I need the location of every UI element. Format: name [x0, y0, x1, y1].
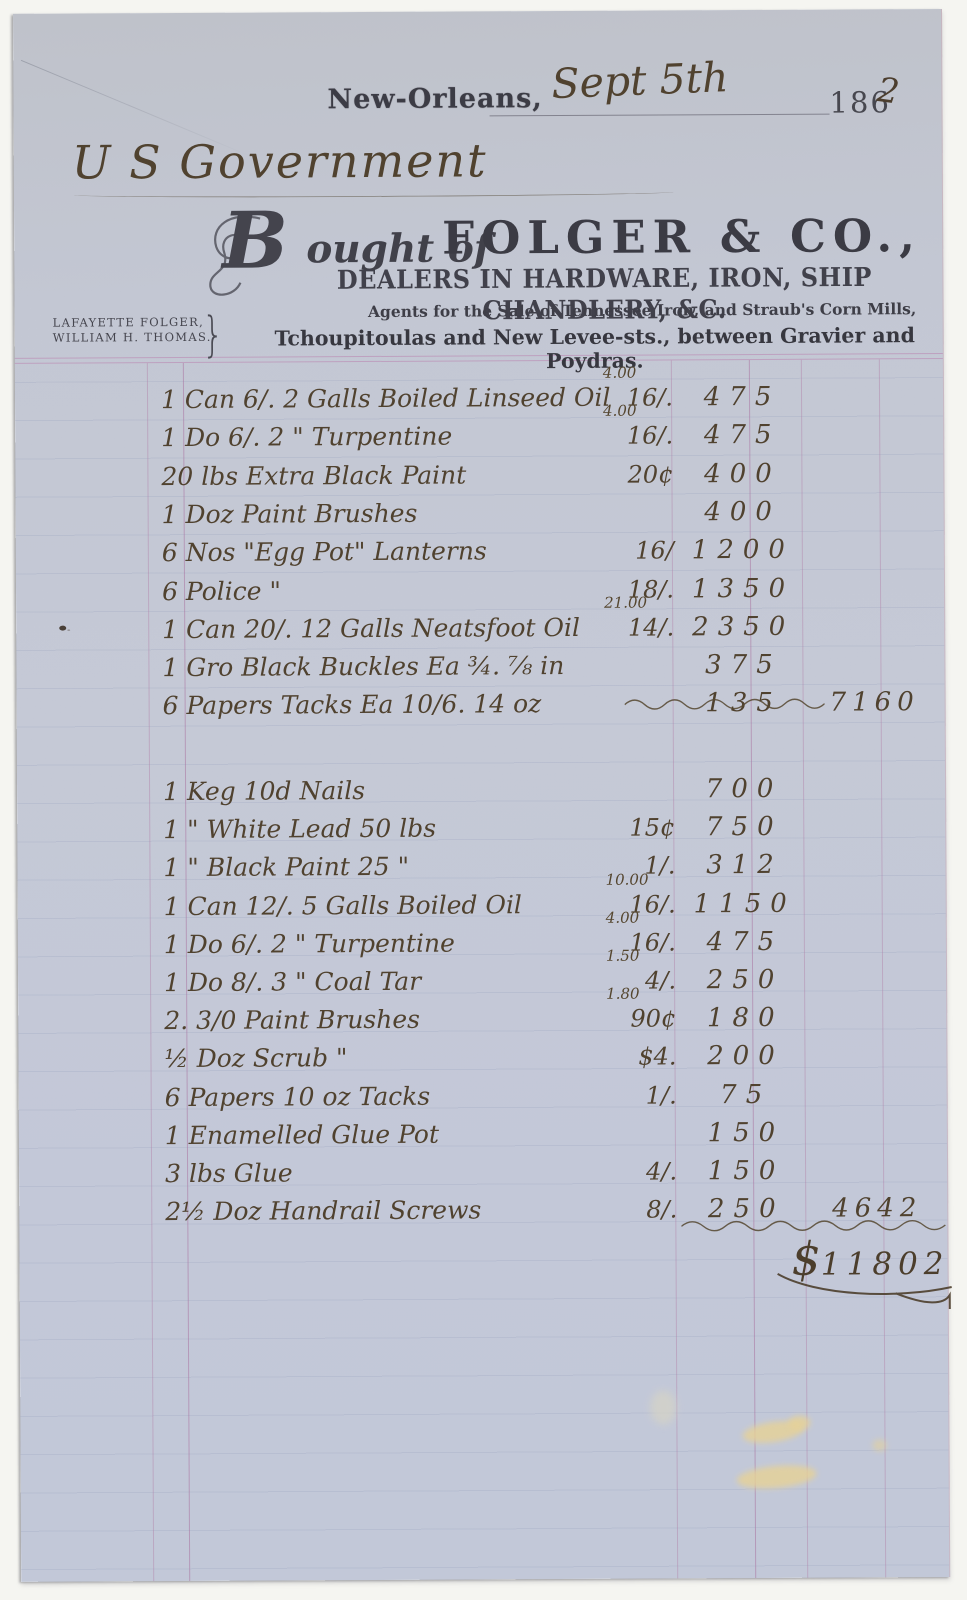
item-desc: 1 Can 6/. 2 Galls Boiled Linseed Oil — [161, 379, 611, 420]
total-currency-symbol: $ — [791, 1232, 821, 1286]
partner-name-1: LAFAYETTE FOLGER, — [53, 315, 212, 331]
item-amount: 150 — [681, 1152, 811, 1191]
bought-of-initial: B — [222, 202, 288, 280]
item-subtotal: 7160 — [815, 683, 935, 722]
item-amount: 475 — [680, 923, 810, 962]
item-amount: 250 — [680, 961, 810, 1000]
ledger-row: 6 Nos "Egg Pot" Lanterns16/1200 — [16, 530, 944, 573]
ledger-row: 1 " White Lead 50 lbs15¢750 — [17, 807, 945, 850]
ledger-row: 1 Do 6/. 2 " Turpentine4.0016/.475 — [15, 415, 943, 458]
item-rate: $4. — [566, 1038, 676, 1077]
ledger-row: 3 lbs Glue4/.150 — [19, 1151, 947, 1194]
item-desc: 1 Do 6/. 2 " Turpentine — [164, 924, 455, 964]
item-amount: 1150 — [680, 884, 810, 923]
item-desc: 2½ Doz Handrail Screws — [165, 1192, 481, 1232]
invoice-paper-sheet: New-Orleans, 186 B ought of FOLGER & CO.… — [13, 9, 950, 1582]
paper-smudge — [650, 1390, 676, 1424]
ledger-row: 1 Keg 10d Nails700 — [17, 769, 945, 812]
item-desc: 6 Nos "Egg Pot" Lanterns — [162, 533, 487, 573]
ledger-row: 20 lbs Extra Black Paint20¢400 — [15, 454, 943, 497]
grand-total: $11802 — [791, 1231, 949, 1286]
handwritten-date: Sept 5th — [550, 53, 729, 108]
item-amount: 400 — [677, 454, 807, 493]
partners-brace: } — [202, 307, 224, 363]
ledger-row: 1 Do 6/. 2 " Turpentine4.0016/.475 — [18, 922, 946, 965]
ledger-row: 1 Gro Black Buckles Ea ¾. ⅞ in375 — [16, 645, 944, 688]
firm-name: FOLGER & CO., — [442, 209, 922, 265]
item-desc: 1 " Black Paint 25 " — [163, 848, 409, 888]
item-amount: 1200 — [678, 531, 808, 570]
item-desc: 1 Gro Black Buckles Ea ¾. ⅞ in — [162, 647, 564, 687]
ledger-row: 2. 3/0 Paint Brushes1.8090¢180 — [18, 998, 946, 1041]
stain-yellow-3 — [872, 1439, 886, 1451]
ledger-row: 1 Can 12/. 5 Galls Boiled Oil10.0016/.11… — [18, 884, 946, 927]
handwritten-year-digit: 2 — [875, 70, 902, 113]
item-rate: 16/ — [564, 532, 674, 571]
item-desc: 1 Enamelled Glue Pot — [165, 1115, 439, 1155]
item-desc: 6 Papers 10 oz Tacks — [165, 1077, 431, 1117]
item-amount: 150 — [681, 1113, 811, 1152]
item-amount: 400 — [678, 493, 808, 532]
item-amount: 475 — [677, 416, 807, 455]
stain-yellow-2 — [736, 1462, 818, 1491]
item-desc: 1 Can 12/. 5 Galls Boiled Oil — [164, 886, 522, 926]
item-rate: 15¢ — [565, 809, 675, 848]
item-desc: 2. 3/0 Paint Brushes — [164, 1001, 420, 1041]
item-amount: 375 — [678, 646, 808, 685]
item-desc: 6 Police " — [162, 572, 281, 611]
item-amount: 312 — [679, 846, 809, 885]
item-desc: 20 lbs Extra Black Paint — [161, 456, 466, 496]
ledger-group-2: 1 Keg 10d Nails7001 " White Lead 50 lbs1… — [17, 769, 945, 774]
item-amount: 75 — [681, 1075, 811, 1114]
ledger-row: 1 " Black Paint 25 "1/.312 — [17, 845, 945, 888]
item-desc: ½ Doz Scrub " — [164, 1040, 347, 1079]
customer-underline — [74, 188, 674, 198]
ledger-row: 1 Enamelled Glue Pot150 — [19, 1113, 947, 1156]
item-amount: 1350 — [678, 569, 808, 608]
ledger-row: 1 Can 6/. 2 Galls Boiled Linseed Oil4.00… — [15, 377, 943, 420]
item-amount: 700 — [679, 770, 809, 809]
ledger-row: 6 Papers 10 oz Tacks1/.75 — [19, 1075, 947, 1118]
customer-name: U S Government — [72, 133, 488, 189]
item-subtotal: 4642 — [817, 1189, 937, 1228]
ledger-row: 1 Can 20/. 12 Galls Neatsfoot Oil21.0014… — [16, 607, 944, 650]
item-desc: 1 Do 6/. 2 " Turpentine — [161, 418, 452, 458]
item-amount: 250 — [681, 1190, 811, 1229]
ink-blot — [59, 626, 66, 631]
item-desc: 1 Keg 10d Nails — [163, 772, 365, 811]
item-amount: 135 — [679, 684, 809, 723]
ledger-group-1: 1 Can 6/. 2 Galls Boiled Linseed Oil4.00… — [15, 377, 943, 382]
item-rate: 90¢ — [566, 1000, 676, 1039]
item-rate: 8/. — [567, 1191, 677, 1230]
item-amount: 180 — [680, 999, 810, 1038]
ledger-row: 1 Doz Paint Brushes400 — [16, 492, 944, 535]
item-rate: 14/. — [564, 608, 674, 647]
ledger-row: 6 Papers Tacks Ea 10/6. 14 oz1357160 — [17, 683, 945, 726]
item-desc: 1 Can 20/. 12 Galls Neatsfoot Oil — [162, 609, 580, 649]
scanned-invoice-page: { "document_type": "billhead-invoice", "… — [0, 0, 967, 1600]
ledger-row: 2½ Doz Handrail Screws8/.2504642 — [19, 1189, 947, 1232]
item-desc: 1 Doz Paint Brushes — [162, 495, 418, 535]
partners-block: LAFAYETTE FOLGER, WILLIAM H. THOMAS. — [53, 315, 212, 346]
address-line: Tchoupitoulas and New Levee-sts., betwee… — [255, 323, 935, 375]
item-amount: 475 — [677, 378, 807, 417]
item-rate: 4/. — [567, 1152, 677, 1191]
item-desc: 1 Do 8/. 3 " Coal Tar — [164, 963, 421, 1003]
ledger-row: ½ Doz Scrub "$4.200 — [18, 1036, 946, 1079]
partner-name-2: WILLIAM H. THOMAS. — [53, 330, 212, 346]
total-value: 11802 — [821, 1246, 950, 1283]
item-desc: 1 " White Lead 50 lbs — [163, 810, 436, 850]
item-rate: 20¢ — [563, 455, 673, 494]
item-desc: 6 Papers Tacks Ea 10/6. 14 oz — [163, 685, 542, 725]
item-rate: 1/. — [567, 1076, 677, 1115]
item-rate: 16/. — [563, 417, 673, 456]
stain-yellow-1b — [788, 1416, 810, 1430]
item-desc: 3 lbs Glue — [165, 1154, 293, 1193]
item-amount: 750 — [679, 808, 809, 847]
agents-line: Agents for the Sale of Tennessee Iron, a… — [355, 299, 930, 321]
ledger-row: 6 Police "18/.1350 — [16, 568, 944, 611]
place-label: New-Orleans, — [327, 83, 542, 115]
item-amount: 2350 — [678, 608, 808, 647]
item-amount: 200 — [680, 1037, 810, 1076]
ledger-row: 1 Do 8/. 3 " Coal Tar1.504/.250 — [18, 960, 946, 1003]
